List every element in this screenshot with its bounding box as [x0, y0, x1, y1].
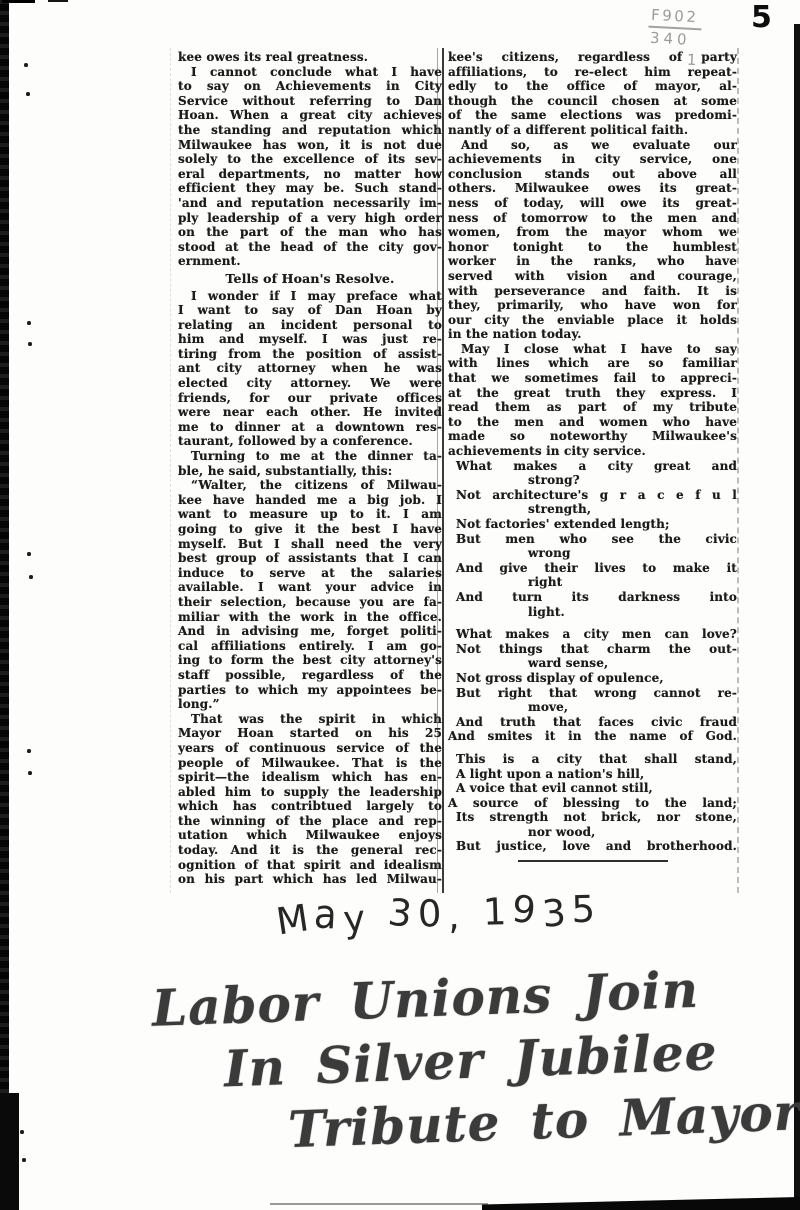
- handwritten-char: [464, 887, 484, 934]
- column-rule-left: [170, 48, 171, 893]
- ink-speck: [27, 321, 31, 325]
- text-line: kee have handed me a big job. I: [178, 493, 442, 508]
- end-rule-bar: [518, 860, 668, 862]
- text-line: read them as part of my tribute: [448, 400, 737, 415]
- text-line: staff possible, regardless of the: [178, 668, 442, 683]
- text-line: This is a city that shall stand,: [456, 752, 737, 767]
- text-line: 'and and reputation necessarily im-: [178, 196, 442, 211]
- text-line: induce to serve at the salaries: [178, 566, 442, 581]
- text-line: on his part which has led Milwau-: [178, 872, 442, 887]
- handwritten-char: 0: [417, 892, 448, 936]
- scan-left-edge: [0, 0, 9, 1210]
- text-line: ant city attorney when he was: [178, 361, 442, 376]
- text-line: What makes a city great and: [456, 459, 737, 474]
- text-line: with lines which are so familiar: [448, 356, 737, 371]
- text-line: elected city attorney. We were: [178, 376, 442, 391]
- text-line: conclusion stands out above all: [448, 167, 737, 182]
- pencil-mark-code: F902: [648, 5, 702, 31]
- text-line: ness of tomorrow to the men and: [448, 211, 737, 226]
- text-line: me to dinner at a downtown res-: [178, 420, 442, 435]
- text-line: want to measure up to it. I am: [178, 507, 442, 522]
- ink-speck: [28, 342, 32, 346]
- text-line: which has contribtued largely to: [178, 799, 442, 814]
- ink-speck: [26, 92, 30, 96]
- ink-speck: [22, 1158, 26, 1162]
- text-line: Hoan. When a great city achieves: [178, 108, 442, 123]
- scanned-newspaper-clipping: F902 340 1 5 kee owes its real greatness…: [0, 0, 800, 1210]
- handwritten-char: y: [341, 896, 372, 941]
- handwritten-char: M: [273, 895, 317, 943]
- text-line: But right that wrong cannot re-: [456, 686, 737, 701]
- text-line: myself. But I shall need the very: [178, 537, 442, 552]
- text-line: ognition of that spirit and idealism: [178, 858, 442, 873]
- text-line: taurant, followed by a conference.: [178, 434, 442, 449]
- text-line: I wonder if I may preface what: [178, 289, 442, 304]
- text-line: cal affiliations entirely. I am go-: [178, 639, 442, 654]
- text-line: Service without referring to Dan: [178, 94, 442, 109]
- text-line: stood at the head of the city gov-: [178, 240, 442, 255]
- text-line: of the same elections was predomi-: [448, 108, 737, 123]
- text-line: strong?: [528, 473, 737, 488]
- text-line: And in advising me, forget politi-: [178, 624, 442, 639]
- text-line: others. Milwaukee owes its great-: [448, 181, 737, 196]
- text-line: A source of blessing to the land;: [448, 796, 737, 811]
- handwritten-char: 3: [541, 891, 574, 936]
- text-line: efficient they may be. Such stand-: [178, 181, 442, 196]
- text-line: ward sense,: [528, 656, 737, 671]
- text-line: move,: [528, 700, 737, 715]
- text-line: And truth that faces civic fraud: [456, 715, 737, 730]
- text-line: honor tonight to the humblest: [448, 240, 737, 255]
- stanza-gap: [448, 744, 737, 752]
- text-line: years of continuous service of the: [178, 741, 442, 756]
- text-line: May I close what I have to say: [448, 342, 737, 357]
- text-line: I want to say of Dan Hoan by: [178, 303, 442, 318]
- text-line: Its strength not brick, nor stone,: [456, 810, 737, 825]
- text-line: But justice, love and brotherhood.: [456, 839, 737, 854]
- text-line: friends, for our private offices: [178, 391, 442, 406]
- ink-speck: [24, 63, 28, 67]
- handwritten-char: 9: [510, 887, 544, 933]
- text-line: Not things that charm the out-: [456, 642, 737, 657]
- ink-speck: [20, 1130, 24, 1134]
- text-line: Not factories' extended length;: [456, 517, 737, 532]
- text-line: “Walter, the citizens of Milwau-: [178, 478, 442, 493]
- text-line: right: [528, 575, 737, 590]
- text-line: utation which Milwaukee enjoys: [178, 828, 442, 843]
- text-line: that we sometimes fail to appreci-: [448, 371, 737, 386]
- text-line: best group of assistants that I can: [178, 551, 442, 566]
- text-line: parties to which my appointees be-: [178, 683, 442, 698]
- text-line: kee owes its real greatness.: [178, 50, 442, 65]
- text-line: abled him to supply the leadership: [178, 785, 442, 800]
- text-line: tiring from the position of assist-: [178, 347, 442, 362]
- text-line: What makes a city men can love?: [456, 627, 737, 642]
- text-line: in the nation today.: [448, 327, 737, 342]
- text-line: the winning of the place and rep-: [178, 814, 442, 829]
- text-line: kee's citizens, regardless of party: [448, 50, 737, 65]
- text-line: And so, as we evaluate our: [448, 138, 737, 153]
- text-line: made so noteworthy Milwaukee's: [448, 429, 737, 444]
- text-line: ply leadership of a very high order: [178, 211, 442, 226]
- text-line: That was the spirit in which: [178, 712, 442, 727]
- page-number: 5: [751, 0, 772, 35]
- text-line: nantly of a different political faith.: [448, 123, 737, 138]
- text-line: strength,: [528, 502, 737, 517]
- text-line: A light upon a nation's hill,: [456, 767, 737, 782]
- text-line: to the men and women who have: [448, 415, 737, 430]
- text-line: nor wood,: [528, 825, 737, 840]
- scan-bottom-bar: [482, 1197, 800, 1210]
- newspaper-column-left: kee owes its real greatness.I cannot con…: [178, 50, 442, 887]
- scan-top-mark: [48, 0, 68, 2]
- text-line: Not architecture's g r a c e f u l: [456, 488, 737, 503]
- text-line: worker in the ranks, who have: [448, 254, 737, 269]
- ink-speck: [28, 771, 32, 775]
- pencil-mark-number: 340: [647, 29, 691, 49]
- handwritten-char: 1: [482, 890, 513, 934]
- text-line: ernment.: [178, 254, 442, 269]
- text-line: I cannot conclude what I have: [178, 65, 442, 80]
- scan-top-mark: [2, 0, 35, 3]
- text-line: A voice that evil cannot still,: [456, 781, 737, 796]
- text-line: solely to the excellence of its sev-: [178, 152, 442, 167]
- article-headline: Labor Unions Join In Silver Jubilee Trib…: [115, 954, 800, 1167]
- newspaper-column-right: kee's citizens, regardless of partyaffil…: [448, 50, 737, 874]
- handwritten-char: 3: [386, 890, 420, 936]
- text-line: spirit—the idealism which has en-: [178, 770, 442, 785]
- text-line: Milwaukee has won, it is not due: [178, 138, 442, 153]
- text-line: with perseverance and faith. It is: [448, 284, 737, 299]
- text-line: were near each other. He invited: [178, 405, 442, 420]
- text-line: today. And it is the general rec-: [178, 843, 442, 858]
- column-rule-right: [737, 48, 739, 893]
- text-line: But men who see the civic: [456, 532, 737, 547]
- text-line: And smites it in the name of God.: [448, 729, 737, 744]
- text-line: miliar with the work in the office.: [178, 610, 442, 625]
- text-line: at the great truth they express. I: [448, 386, 737, 401]
- text-line: ing to form the best city attorney's: [178, 653, 442, 668]
- text-line: edly to the office of mayor, al-: [448, 79, 737, 94]
- text-line: wrong: [528, 546, 737, 561]
- text-line: though the council chosen at some: [448, 94, 737, 109]
- ink-speck: [27, 552, 31, 556]
- handwritten-char: 5: [571, 887, 602, 931]
- text-line: people of Milwaukee. That is the: [178, 756, 442, 771]
- text-line: the standing and reputation which: [178, 123, 442, 138]
- end-rule: [448, 860, 737, 874]
- text-line: served with vision and courage,: [448, 269, 737, 284]
- column-divider: [442, 48, 444, 893]
- ink-speck: [29, 575, 33, 579]
- text-line: him and myself. I was just re-: [178, 332, 442, 347]
- text-line: their selection, because you are fa-: [178, 595, 442, 610]
- text-line: available. I want your advice in: [178, 580, 442, 595]
- section-heading: Tells of Hoan's Resolve.: [178, 269, 442, 289]
- text-line: they, primarily, who have won for: [448, 298, 737, 313]
- text-line: ble, he said, substantially, this:: [178, 464, 442, 479]
- text-line: eral departments, no matter how: [178, 167, 442, 182]
- text-line: Turning to me at the dinner ta-: [178, 449, 442, 464]
- stanza-gap: [448, 619, 737, 627]
- text-line: affiliations, to re-elect him repeat-: [448, 65, 737, 80]
- text-line: achievements in city service, one: [448, 152, 737, 167]
- text-line: light.: [528, 605, 737, 620]
- text-line: achievements in city service.: [448, 444, 737, 459]
- text-line: And give their lives to make it: [456, 561, 737, 576]
- ink-speck: [27, 749, 31, 753]
- text-line: our city the enviable place it holds: [448, 313, 737, 328]
- handwritten-date: May 30, 1935: [275, 887, 601, 939]
- text-line: And turn its darkness into: [456, 590, 737, 605]
- handwritten-char: a: [313, 891, 344, 939]
- scan-bottom-line: [270, 1203, 488, 1205]
- scan-left-edge-bottom: [0, 1093, 19, 1210]
- text-line: ness of today, will owe its great-: [448, 196, 737, 211]
- text-line: to say on Achievements in City: [178, 79, 442, 94]
- text-line: relating an incident personal to: [178, 318, 442, 333]
- text-line: women, from the mayor whom we: [448, 225, 737, 240]
- text-line: long.”: [178, 697, 442, 712]
- text-line: Not gross display of opulence,: [456, 671, 737, 686]
- text-line: Mayor Hoan started on his 25: [178, 726, 442, 741]
- text-line: going to give it the best I have: [178, 522, 442, 537]
- text-line: on the part of the man who has: [178, 225, 442, 240]
